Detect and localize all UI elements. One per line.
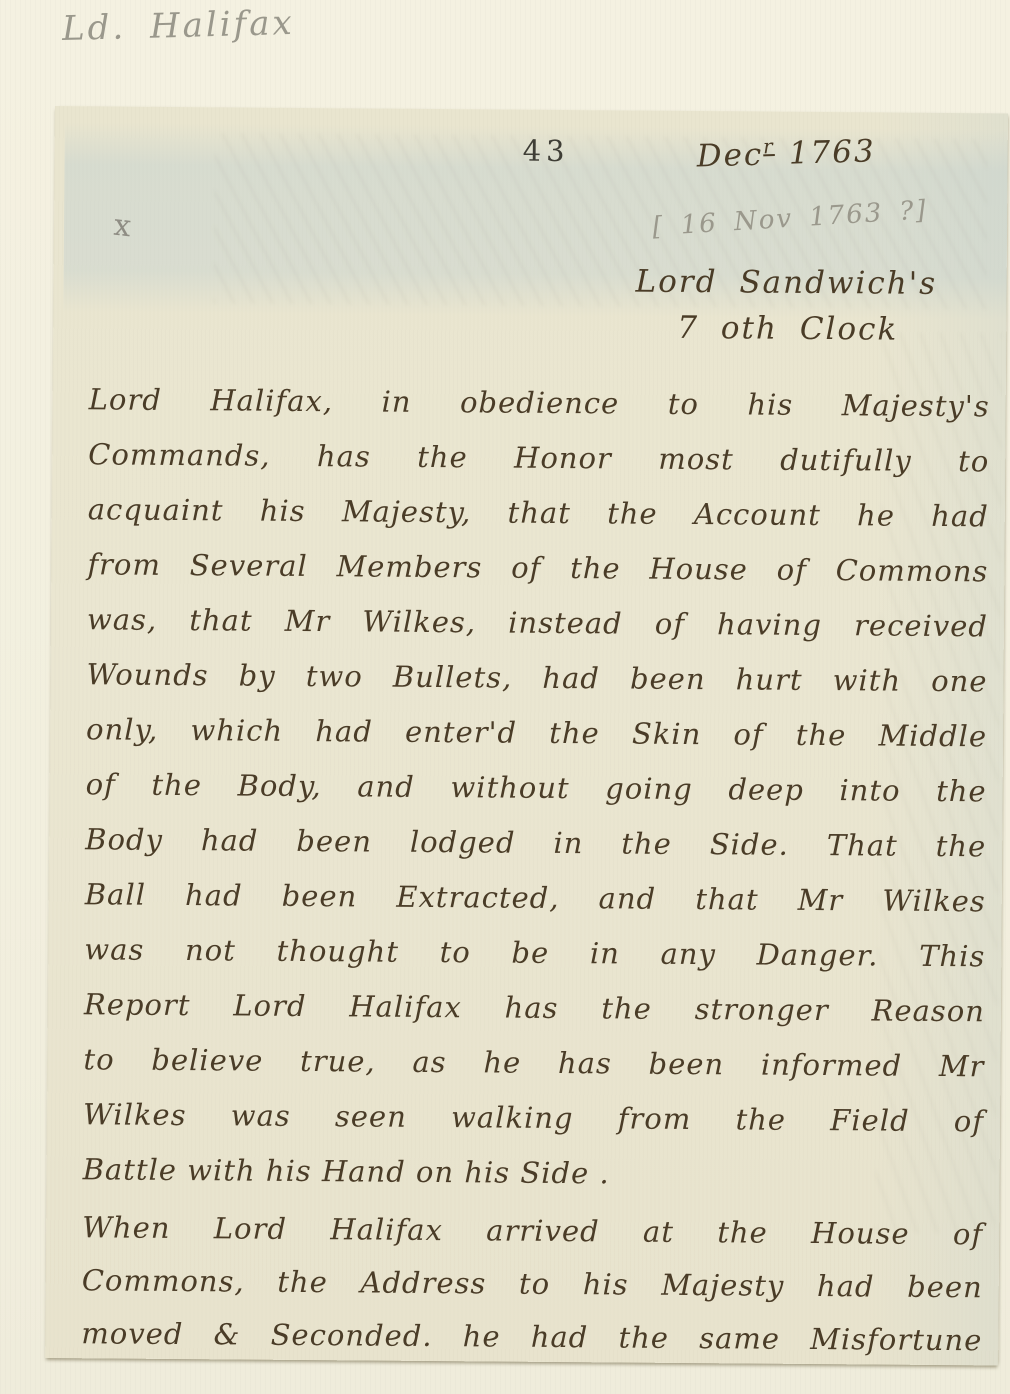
body-line: Battle with his Hand on his Side . bbox=[82, 1142, 983, 1204]
body-line: Ball had been Extracted, and that Mr Wil… bbox=[85, 867, 986, 929]
heading-time: 7 oth Clock bbox=[677, 305, 937, 353]
body-line: Commands, has the Honor most dutifully t… bbox=[88, 427, 989, 489]
body-line: was not thought to be in any Danger. Thi… bbox=[84, 922, 985, 984]
pencil-archival-note: Ld. Halifax bbox=[62, 3, 296, 49]
body-line: of the Body, and without going deep into… bbox=[85, 757, 986, 819]
body-line: to believe true, as he has been informed… bbox=[83, 1032, 984, 1094]
body-line: Report Lord Halifax has the stronger Rea… bbox=[84, 977, 985, 1039]
body-line: Wilkes was seen walking from the Field o… bbox=[83, 1087, 984, 1149]
body-line: acquaint his Majesty, that the Account h… bbox=[88, 482, 989, 544]
body-line: only, which had enter'd the Skin of the … bbox=[86, 702, 987, 764]
ink-date-superscript: r bbox=[763, 134, 775, 158]
body-line: Body had been lodged in the Side. That t… bbox=[85, 812, 986, 874]
letter-sheet: 43 Decr1763 [ 16 Nov 1763 ?] x Lord Sand… bbox=[45, 106, 1008, 1365]
pencil-date-annotation: [ 16 Nov 1763 ?] bbox=[651, 195, 928, 242]
letter-body: Lord Halifax, in obedience to his Majest… bbox=[81, 372, 990, 1367]
ink-date-year: 1763 bbox=[788, 134, 876, 172]
ink-date-month: Dec bbox=[696, 137, 764, 175]
body-line: was, that Mr Wilkes, instead of having r… bbox=[87, 592, 988, 654]
pencil-cross-mark: x bbox=[112, 208, 133, 245]
body-line: moved & Seconded. he had the same Misfor… bbox=[81, 1307, 982, 1367]
body-line: Lord Halifax, in obedience to his Majest… bbox=[88, 372, 989, 434]
letter-heading: Lord Sandwich's 7 oth Clock bbox=[635, 259, 937, 353]
body-line: When Lord Halifax arrived at the House o… bbox=[82, 1201, 983, 1261]
body-line: Wounds by two Bullets, had been hurt wit… bbox=[86, 647, 987, 709]
folio-number: 43 bbox=[523, 134, 570, 168]
body-line: from Several Members of the House of Com… bbox=[87, 537, 988, 599]
letter-paragraph-1: Lord Halifax, in obedience to his Majest… bbox=[82, 372, 989, 1204]
scanned-letter-page: Ld. Halifax 43 Decr1763 [ 16 Nov 1763 ?]… bbox=[0, 0, 1010, 1394]
letter-paragraph-2: When Lord Halifax arrived at the House o… bbox=[81, 1201, 983, 1367]
ink-date: Decr1763 bbox=[696, 131, 876, 174]
body-line: Commons, the Address to his Majesty had … bbox=[82, 1254, 983, 1314]
heading-place: Lord Sandwich's bbox=[635, 259, 937, 307]
